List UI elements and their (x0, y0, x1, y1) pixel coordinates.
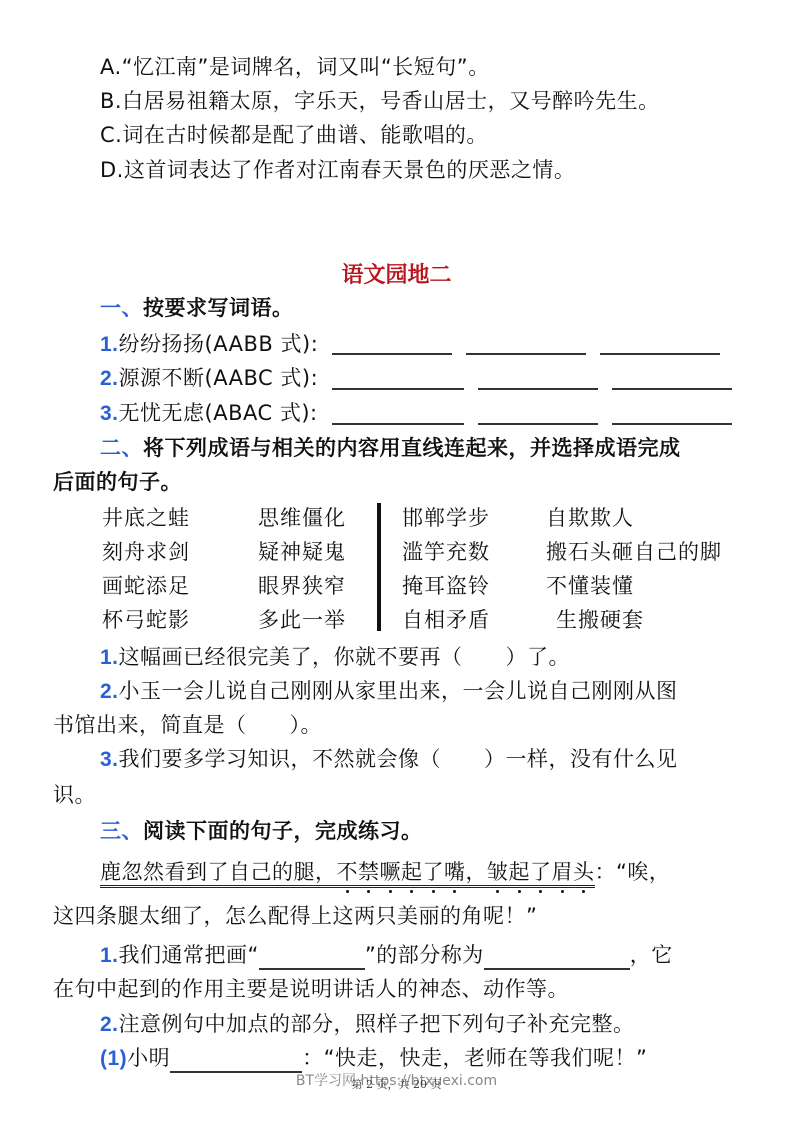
part1-item-3: 3.无忧无虑(ABAC 式): (100, 399, 318, 428)
idiom-right: 掩耳盗铃 (402, 572, 490, 600)
answer-blank[interactable] (600, 333, 720, 355)
part3-question-2-1: (1)小明：“快走，快走，老师在等我们呢！” (100, 1044, 647, 1073)
meaning-right: 搬石头砸自己的脚 (546, 538, 722, 566)
answer-blank[interactable] (332, 403, 464, 425)
question-number: 2. (100, 680, 119, 703)
question-number: 1. (100, 646, 119, 669)
item-text: 源源不断(AABC 式): (119, 366, 319, 390)
idiom-right: 滥竽充数 (402, 538, 490, 566)
emphasis-char: 嘴 (444, 860, 466, 884)
part2-question-3: 3.我们要多学习知识，不然就会像（ ）一样，没有什么见 (100, 745, 678, 774)
meaning-right: 自欺欺人 (546, 504, 634, 532)
question-text: 小玉一会儿说自己刚刚从家里出来，一会儿说自己刚刚从图 (119, 679, 678, 703)
part2-question-2: 2.小玉一会儿说自己刚刚从家里出来，一会儿说自己刚刚从图 (100, 677, 678, 706)
section-title: 语文园地二 (0, 258, 793, 289)
option-letter: C. (100, 123, 122, 147)
idiom-left: 画蛇添足 (102, 572, 190, 600)
idiom-left: 杯弓蛇影 (102, 606, 190, 634)
answer-blank[interactable] (332, 368, 464, 390)
meaning-left: 疑神疑鬼 (258, 538, 346, 566)
page-number: 第 2 页，共 20 页 (0, 1076, 793, 1092)
question-text: ，它 (630, 943, 673, 967)
part2-heading-line1: 二、将下列成语与相关的内容用直线连起来，并选择成语完成 (100, 434, 681, 462)
emphasis-char: 禁 (358, 860, 380, 884)
answer-blank[interactable] (478, 368, 598, 390)
option-b: B.白居易祖籍太原，字乐天，号香山居士，又号醉吟先生。 (100, 87, 660, 115)
answer-blank[interactable] (484, 950, 630, 970)
item-number: 2. (100, 367, 119, 390)
item-number: 3. (100, 402, 119, 425)
emphasis-char: 起 (401, 860, 423, 884)
option-letter: A. (100, 55, 122, 79)
meaning-left: 眼界狭窄 (258, 572, 346, 600)
underlined-text: 鹿忽然看到了自己的腿， (100, 860, 337, 884)
part3-heading-text: 阅读下面的句子，完成练习。 (143, 818, 423, 843)
part2-question-2-cont: 书馆出来，简直是（ ）。 (53, 711, 322, 739)
part1-item-1: 1.纷纷扬扬(AABB 式): (100, 330, 318, 359)
item-text: 无忧无虑(ABAC 式): (119, 401, 318, 425)
answer-blank[interactable] (466, 333, 586, 355)
part1-item-2-blanks (332, 368, 732, 390)
column-divider (377, 503, 381, 631)
idiom-right: 自相矛盾 (402, 606, 490, 634)
dotted-text-1: 不禁噘起了嘴 (337, 860, 466, 884)
answer-blank[interactable] (259, 950, 365, 970)
part1-item-2: 2.源源不断(AABC 式): (100, 364, 318, 393)
emphasis-char: 噘 (380, 860, 402, 884)
meaning-left: 思维僵化 (258, 504, 346, 532)
item-text: 纷纷扬扬(AABB 式): (119, 332, 319, 356)
question-text: 注意例句中加点的部分，照样子把下列句子补充完整。 (119, 1012, 635, 1036)
option-letter: B. (100, 89, 122, 113)
emphasis-char: 眉 (552, 860, 574, 884)
part1-heading: 一、按要求写词语。 (100, 294, 294, 322)
option-d: D.这首词表达了作者对江南春天景色的厌恶之情。 (100, 156, 575, 184)
sentence-rest: ：“唉， (595, 860, 671, 884)
question-number: (1) (100, 1047, 127, 1070)
meaning-right: 生搬硬套 (556, 606, 644, 634)
emphasis-char: 了 (530, 860, 552, 884)
part3-question-1: 1.我们通常把画“”的部分称为，它 (100, 941, 673, 970)
emphasis-char: 了 (423, 860, 445, 884)
part3-heading: 三、阅读下面的句子，完成练习。 (100, 817, 423, 845)
idiom-left: 刻舟求剑 (102, 538, 190, 566)
option-text: 这首词表达了作者对江南春天景色的厌恶之情。 (124, 158, 576, 182)
emphasis-char: 头 (573, 860, 595, 884)
answer-blank[interactable] (612, 368, 732, 390)
option-text: “忆江南”是词牌名，词又叫“长短句”。 (122, 55, 490, 79)
option-letter: D. (100, 158, 124, 182)
question-number: 2. (100, 1013, 119, 1036)
answer-blank[interactable] (612, 403, 732, 425)
meaning-right: 不懂装懂 (546, 572, 634, 600)
question-text: 我们要多学习知识，不然就会像（ ）一样，没有什么见 (119, 747, 678, 771)
example-sentence-line2: 这四条腿太细了，怎么配得上这两只美丽的角呢！” (53, 902, 537, 930)
underlined-phrase: 鹿忽然看到了自己的腿，不禁噘起了嘴，皱起了眉头 (100, 860, 595, 888)
underlined-comma: ， (466, 860, 488, 884)
part1-item-3-blanks (332, 403, 732, 425)
question-number: 3. (100, 748, 119, 771)
part2-heading-num: 二、 (100, 436, 143, 460)
part2-heading-line2: 后面的句子。 (53, 468, 182, 496)
option-text: 词在古时候都是配了曲谱、能歌唱的。 (122, 123, 488, 147)
answer-blank[interactable] (332, 333, 452, 355)
emphasis-char: 不 (337, 860, 359, 884)
option-c: C.词在古时候都是配了曲谱、能歌唱的。 (100, 121, 488, 149)
part1-heading-text: 按要求写词语。 (143, 295, 294, 320)
question-text: 这幅画已经很完美了，你就不要再（ ）了。 (119, 645, 571, 669)
part3-heading-num: 三、 (100, 819, 143, 843)
emphasis-char: 皱 (487, 860, 509, 884)
question-text: 小明 (127, 1046, 170, 1070)
example-sentence-line1: 鹿忽然看到了自己的腿，不禁噘起了嘴，皱起了眉头：“唉， (100, 858, 670, 886)
option-a: A.“忆江南”是词牌名，词又叫“长短句”。 (100, 53, 490, 81)
part2-question-1: 1.这幅画已经很完美了，你就不要再（ ）了。 (100, 643, 570, 672)
option-text: 白居易祖籍太原，字乐天，号香山居士，又号醉吟先生。 (122, 89, 660, 113)
question-text: ：“快走，快走，老师在等我们呢！” (302, 1046, 647, 1070)
part1-heading-num: 一、 (100, 296, 143, 320)
part3-question-1-cont: 在句中起到的作用主要是说明讲话人的神态、动作等。 (53, 975, 569, 1003)
meaning-left: 多此一举 (258, 606, 346, 634)
part1-item-1-blanks (332, 333, 720, 355)
dotted-text-2: 皱起了眉头 (487, 860, 595, 884)
question-text: 我们通常把画“ (119, 943, 259, 967)
part3-question-2: 2.注意例句中加点的部分，照样子把下列句子补充完整。 (100, 1010, 635, 1039)
emphasis-char: 起 (509, 860, 531, 884)
question-text: ”的部分称为 (365, 943, 484, 967)
question-number: 1. (100, 944, 119, 967)
part2-question-3-cont: 识。 (53, 781, 96, 809)
idiom-left: 井底之蛙 (102, 504, 190, 532)
answer-blank[interactable] (478, 403, 598, 425)
idiom-right: 邯郸学步 (402, 504, 490, 532)
part2-heading-text: 将下列成语与相关的内容用直线连起来，并选择成语完成 (143, 435, 681, 460)
item-number: 1. (100, 333, 119, 356)
